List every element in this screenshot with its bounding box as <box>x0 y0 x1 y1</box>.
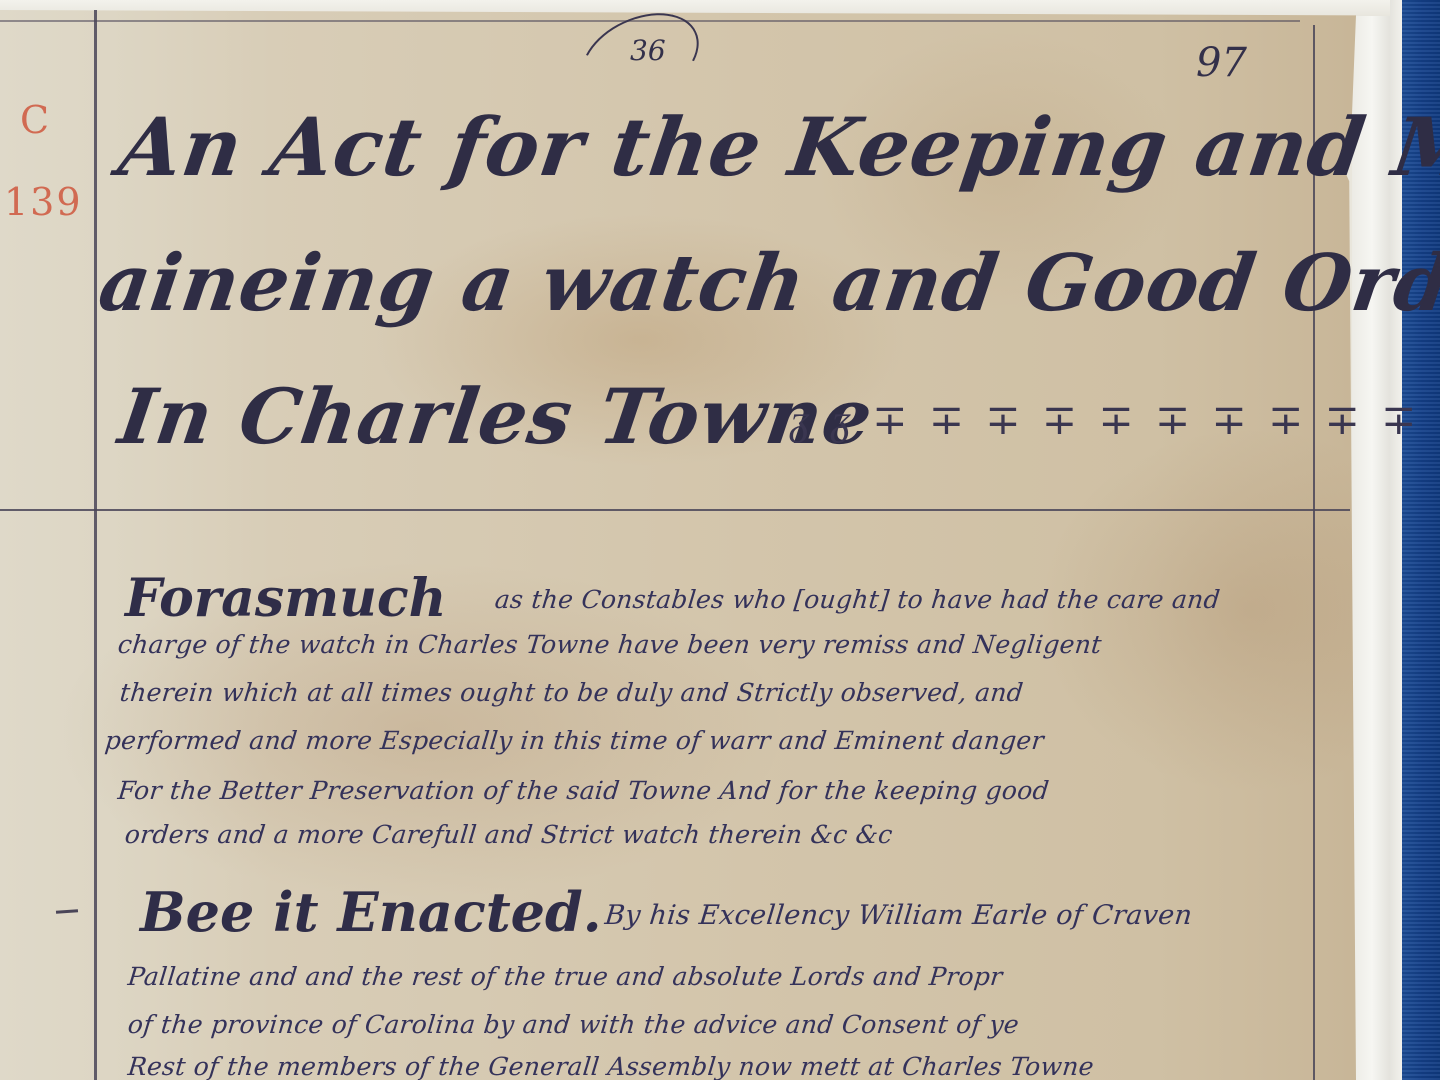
act-title-line-3: In Charles Towne <box>114 372 879 461</box>
act-title-line-1: An Act for the Keeping and Main- <box>113 100 1440 194</box>
preamble-line-5: For the Better Preservation of the said … <box>116 776 1050 805</box>
preamble-line-6: orders and a more Carefull and Strict wa… <box>123 820 894 849</box>
enacting-line-1: By his Excellency William Earle of Crave… <box>603 900 1193 931</box>
enacting-line-3: of the province of Carolina by and with … <box>126 1010 1020 1039</box>
line-filler-flourish: ᵹ ᵹ ∓ ∓ ∓ ∓ ∓ ∓ ∓ ∓ ∓ ∓ <box>790 395 1420 445</box>
page-number: 97 <box>1196 40 1247 86</box>
enacting-lead-words: Bee it Enacted. <box>140 880 602 944</box>
preamble-line-4: performed and more Especially in this ti… <box>103 726 1045 755</box>
circled-folio-number: 36 <box>630 34 666 67</box>
preamble-line-2: charge of the watch in Charles Towne hav… <box>116 630 1103 659</box>
manuscript-photograph: C 139 36 97 An Act for the Keeping and M… <box>0 0 1440 1080</box>
marginal-number: 139 <box>4 180 83 224</box>
preamble-lead-word: Forasmuch <box>125 568 446 629</box>
left-margin-rule <box>94 10 97 1080</box>
marginal-letter: C <box>20 98 49 142</box>
title-divider-rule <box>0 509 1350 511</box>
enacting-line-4: Rest of the members of the Generall Asse… <box>126 1052 1095 1080</box>
enacting-line-2: Pallatine and and the rest of the true a… <box>126 962 1004 991</box>
preamble-line-3: therein which at all times ought to be d… <box>118 678 1024 707</box>
preamble-line-1: as the Constables who [ought] to have ha… <box>493 585 1221 614</box>
act-title-line-2: aineing a watch and Good Orders <box>94 238 1440 329</box>
